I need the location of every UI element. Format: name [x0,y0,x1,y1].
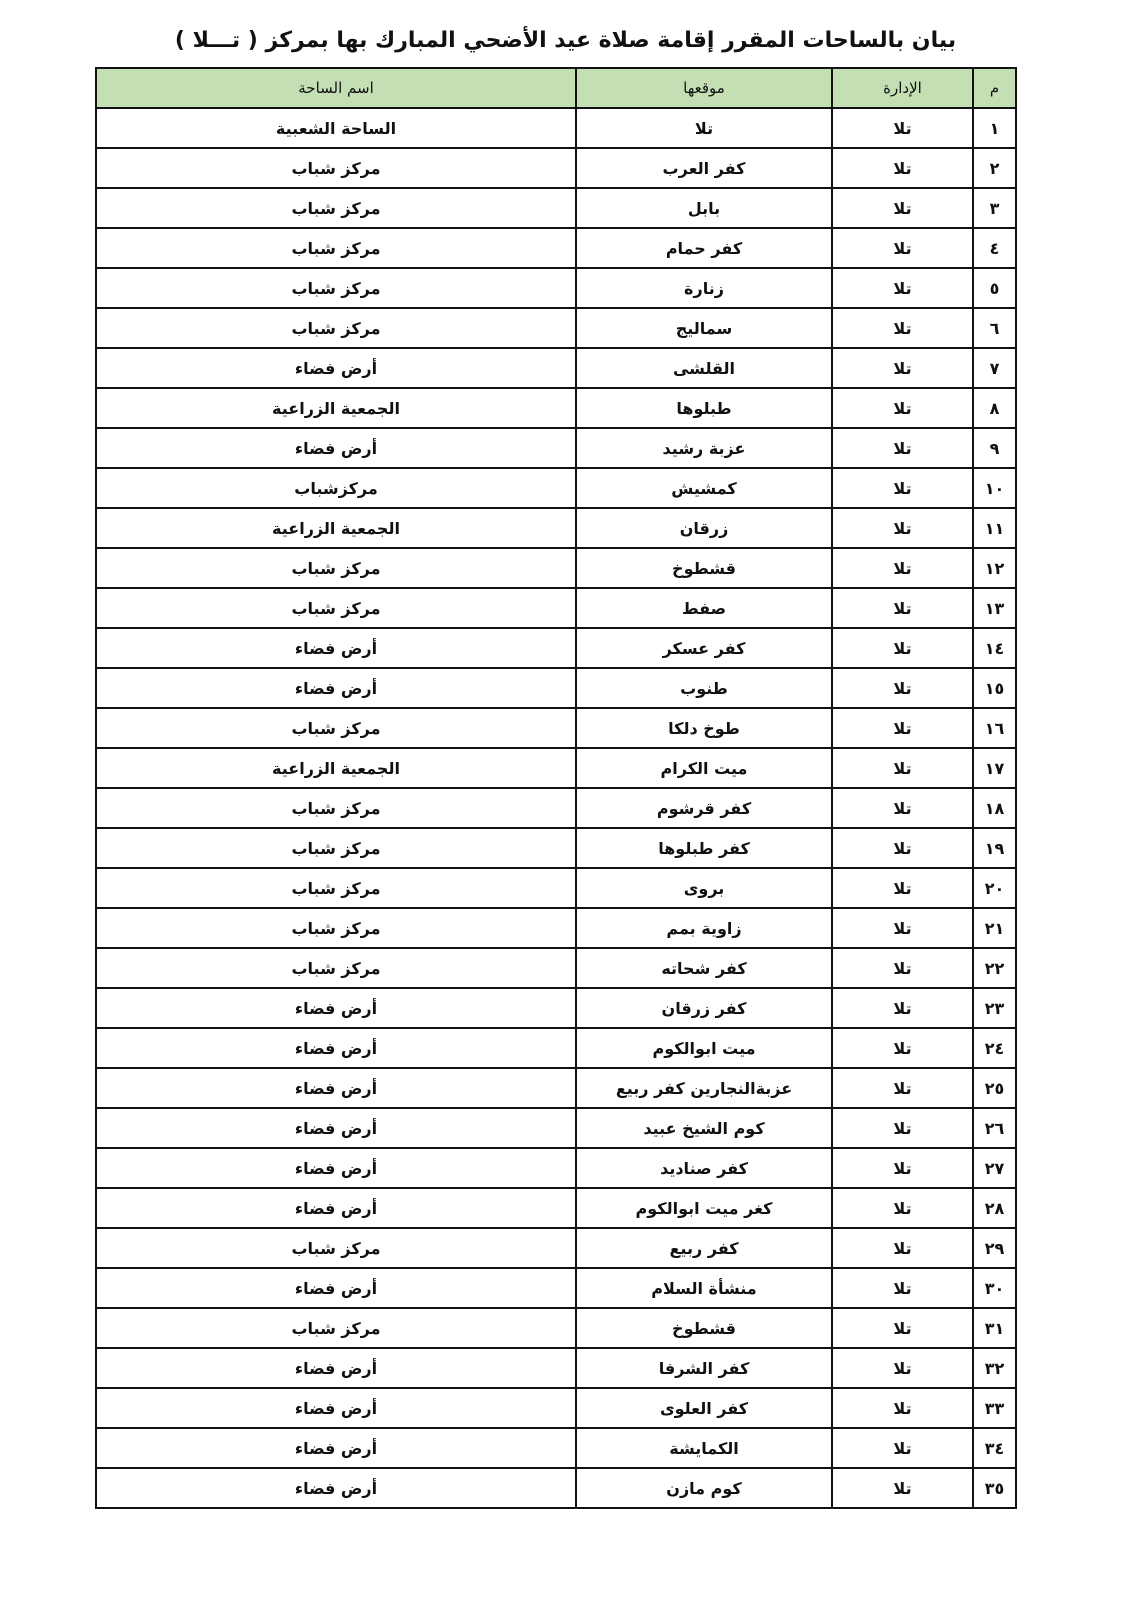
row-venue: مركز شباب [96,868,576,908]
row-number: ٢٩ [973,1228,1016,1268]
row-location: كوم مازن [576,1468,832,1508]
row-number: ٣٢ [973,1348,1016,1388]
row-admin: تلا [832,1348,973,1388]
table-row: ١٤تلاكفر عسكرأرض فضاء [96,628,1016,668]
row-location: كفر طبلوها [576,828,832,868]
row-location: طنوب [576,668,832,708]
table-row: ٣٠تلامنشأة السلامأرض فضاء [96,1268,1016,1308]
row-number: ١٨ [973,788,1016,828]
table-row: ١١تلازرقانالجمعية الزراعية [96,508,1016,548]
row-location: صفط [576,588,832,628]
row-number: ١٠ [973,468,1016,508]
table-row: ١٠تلاكمشيشمركزشباب [96,468,1016,508]
header-venue: اسم الساحة [96,68,576,108]
row-venue: مركز شباب [96,1308,576,1348]
row-number: ٢٢ [973,948,1016,988]
table-row: ٢٤تلاميت ابوالكومأرض فضاء [96,1028,1016,1068]
row-venue: مركز شباب [96,308,576,348]
row-location: بروى [576,868,832,908]
row-location: كفر العرب [576,148,832,188]
row-number: ٦ [973,308,1016,348]
row-number: ٨ [973,388,1016,428]
row-venue: مركز شباب [96,788,576,828]
row-location: زاوية بمم [576,908,832,948]
row-venue: أرض فضاء [96,1068,576,1108]
table-row: ٤تلاكفر حماممركز شباب [96,228,1016,268]
row-number: ٢١ [973,908,1016,948]
row-location: كفر شحاته [576,948,832,988]
row-venue: أرض فضاء [96,1148,576,1188]
header-num: م [973,68,1016,108]
row-number: ١٤ [973,628,1016,668]
row-venue: مركز شباب [96,948,576,988]
row-admin: تلا [832,148,973,188]
row-location: عزبة رشيد [576,428,832,468]
table-row: ٦تلاسماليجمركز شباب [96,308,1016,348]
row-location: كمشيش [576,468,832,508]
table-row: ٣٢تلاكفر الشرفاأرض فضاء [96,1348,1016,1388]
row-venue: أرض فضاء [96,428,576,468]
row-admin: تلا [832,668,973,708]
row-venue: الجمعية الزراعية [96,748,576,788]
row-number: ٤ [973,228,1016,268]
row-location: قشطوخ [576,1308,832,1348]
table-row: ١٩تلاكفر طبلوهامركز شباب [96,828,1016,868]
table-row: ٢٢تلاكفر شحاتهمركز شباب [96,948,1016,988]
row-location: زرقان [576,508,832,548]
row-venue: أرض فضاء [96,1268,576,1308]
row-admin: تلا [832,188,973,228]
row-number: ٣٥ [973,1468,1016,1508]
table-row: ٣٥تلاكوم مازنأرض فضاء [96,1468,1016,1508]
row-number: ٩ [973,428,1016,468]
row-admin: تلا [832,1188,973,1228]
row-venue: مركز شباب [96,708,576,748]
row-location: كفر العلوى [576,1388,832,1428]
row-admin: تلا [832,348,973,388]
row-venue: أرض فضاء [96,668,576,708]
row-location: بابل [576,188,832,228]
row-location: كفر حمام [576,228,832,268]
table-row: ٢٦تلاكوم الشيخ عبيدأرض فضاء [96,1108,1016,1148]
row-number: ٣١ [973,1308,1016,1348]
row-number: ١٣ [973,588,1016,628]
table-row: ٢تلاكفر العربمركز شباب [96,148,1016,188]
table-row: ٢٧تلاكفر صناديدأرض فضاء [96,1148,1016,1188]
row-number: ١١ [973,508,1016,548]
row-location: كوم الشيخ عبيد [576,1108,832,1148]
row-location: زنارة [576,268,832,308]
row-location: كفر الشرفا [576,1348,832,1388]
table-row: ٣٣تلاكفر العلوىأرض فضاء [96,1388,1016,1428]
title-main: بيان بالساحات المقرر إقامة صلاة عيد الأض… [266,28,957,53]
row-admin: تلا [832,988,973,1028]
row-admin: تلا [832,1428,973,1468]
table-row: ٢٣تلاكفر زرقانأرض فضاء [96,988,1016,1028]
table-row: ٥تلازنارةمركز شباب [96,268,1016,308]
table-row: ١٨تلاكفر قرشوممركز شباب [96,788,1016,828]
row-admin: تلا [832,748,973,788]
row-venue: أرض فضاء [96,1108,576,1148]
row-venue: أرض فضاء [96,1188,576,1228]
table-row: ١٧تلاميت الكرامالجمعية الزراعية [96,748,1016,788]
table-row: ١٦تلاطوخ دلكامركز شباب [96,708,1016,748]
table-row: ٣تلابابلمركز شباب [96,188,1016,228]
row-number: ١٢ [973,548,1016,588]
table-row: ٨تلاطبلوهاالجمعية الزراعية [96,388,1016,428]
table-row: ١٣تلاصفطمركز شباب [96,588,1016,628]
table-row: ٧تلاالقلشىأرض فضاء [96,348,1016,388]
venues-table: م الإدارة موقعها اسم الساحة ١تلاتلاالساح… [95,67,1017,1509]
table-row: ٢٩تلاكفر ربيعمركز شباب [96,1228,1016,1268]
document-title: بيان بالساحات المقرر إقامة صلاة عيد الأض… [0,28,1131,53]
header-location: موقعها [576,68,832,108]
row-number: ١٧ [973,748,1016,788]
row-number: ٢ [973,148,1016,188]
row-location: قشطوخ [576,548,832,588]
row-venue: أرض فضاء [96,1348,576,1388]
row-location: طبلوها [576,388,832,428]
row-location: كفر صناديد [576,1148,832,1188]
row-admin: تلا [832,868,973,908]
row-admin: تلا [832,1108,973,1148]
table-row: ٩تلاعزبة رشيدأرض فضاء [96,428,1016,468]
row-admin: تلا [832,948,973,988]
row-venue: أرض فضاء [96,1468,576,1508]
table-row: ١٥تلاطنوبأرض فضاء [96,668,1016,708]
row-admin: تلا [832,1468,973,1508]
row-venue: مركز شباب [96,548,576,588]
table-row: ١تلاتلاالساحة الشعبية [96,108,1016,148]
row-admin: تلا [832,1228,973,1268]
row-location: طوخ دلكا [576,708,832,748]
table-row: ٢٠تلابروىمركز شباب [96,868,1016,908]
row-admin: تلا [832,828,973,868]
row-admin: تلا [832,468,973,508]
row-admin: تلا [832,708,973,748]
row-admin: تلا [832,908,973,948]
row-venue: مركز شباب [96,828,576,868]
row-venue: مركز شباب [96,1228,576,1268]
row-venue: أرض فضاء [96,348,576,388]
row-number: ٣ [973,188,1016,228]
row-number: ٢٦ [973,1108,1016,1148]
row-venue: مركز شباب [96,228,576,268]
row-location: كفر ربيع [576,1228,832,1268]
row-admin: تلا [832,268,973,308]
row-location: القلشى [576,348,832,388]
row-admin: تلا [832,628,973,668]
row-location: تلا [576,108,832,148]
row-admin: تلا [832,1268,973,1308]
row-venue: أرض فضاء [96,988,576,1028]
row-location: ميت الكرام [576,748,832,788]
row-venue: مركز شباب [96,908,576,948]
row-number: ٢٧ [973,1148,1016,1188]
row-admin: تلا [832,1388,973,1428]
row-location: كفر قرشوم [576,788,832,828]
title-center-name: ( تـــلا ) [175,28,258,53]
table-row: ٢٨تلاكغر ميت ابوالكومأرض فضاء [96,1188,1016,1228]
row-admin: تلا [832,308,973,348]
row-number: ٢٠ [973,868,1016,908]
row-admin: تلا [832,388,973,428]
table-body: ١تلاتلاالساحة الشعبية٢تلاكفر العربمركز ش… [96,108,1016,1508]
row-number: ١٥ [973,668,1016,708]
row-venue: أرض فضاء [96,1388,576,1428]
row-number: ١٩ [973,828,1016,868]
header-admin: الإدارة [832,68,973,108]
table-row: ٢١تلازاوية بمممركز شباب [96,908,1016,948]
row-venue: مركزشباب [96,468,576,508]
row-admin: تلا [832,508,973,548]
row-venue: مركز شباب [96,188,576,228]
row-admin: تلا [832,788,973,828]
table-row: ٣١تلاقشطوخمركز شباب [96,1308,1016,1348]
table-header-row: م الإدارة موقعها اسم الساحة [96,68,1016,108]
row-admin: تلا [832,228,973,268]
row-venue: مركز شباب [96,268,576,308]
row-venue: مركز شباب [96,588,576,628]
row-number: ٢٥ [973,1068,1016,1108]
row-number: ٣٤ [973,1428,1016,1468]
row-admin: تلا [832,1148,973,1188]
row-location: عزبةالنجارين كفر ربيع [576,1068,832,1108]
row-admin: تلا [832,108,973,148]
row-location: كغر ميت ابوالكوم [576,1188,832,1228]
row-location: كفر عسكر [576,628,832,668]
row-admin: تلا [832,1068,973,1108]
table-row: ٣٤تلاالكمايشةأرض فضاء [96,1428,1016,1468]
row-number: ٢٨ [973,1188,1016,1228]
row-admin: تلا [832,588,973,628]
row-number: ٣٣ [973,1388,1016,1428]
row-admin: تلا [832,1308,973,1348]
table-row: ١٢تلاقشطوخمركز شباب [96,548,1016,588]
row-venue: أرض فضاء [96,1428,576,1468]
row-number: ٢٣ [973,988,1016,1028]
table-row: ٢٥تلاعزبةالنجارين كفر ربيعأرض فضاء [96,1068,1016,1108]
row-location: سماليج [576,308,832,348]
row-venue: مركز شباب [96,148,576,188]
row-number: ٢٤ [973,1028,1016,1068]
row-number: ٧ [973,348,1016,388]
row-venue: الجمعية الزراعية [96,508,576,548]
row-admin: تلا [832,428,973,468]
row-venue: الجمعية الزراعية [96,388,576,428]
row-location: ميت ابوالكوم [576,1028,832,1068]
row-venue: الساحة الشعبية [96,108,576,148]
row-number: ١ [973,108,1016,148]
row-location: منشأة السلام [576,1268,832,1308]
row-number: ٣٠ [973,1268,1016,1308]
row-venue: أرض فضاء [96,628,576,668]
row-location: كفر زرقان [576,988,832,1028]
row-location: الكمايشة [576,1428,832,1468]
row-admin: تلا [832,1028,973,1068]
row-venue: أرض فضاء [96,1028,576,1068]
row-number: ١٦ [973,708,1016,748]
row-number: ٥ [973,268,1016,308]
row-admin: تلا [832,548,973,588]
